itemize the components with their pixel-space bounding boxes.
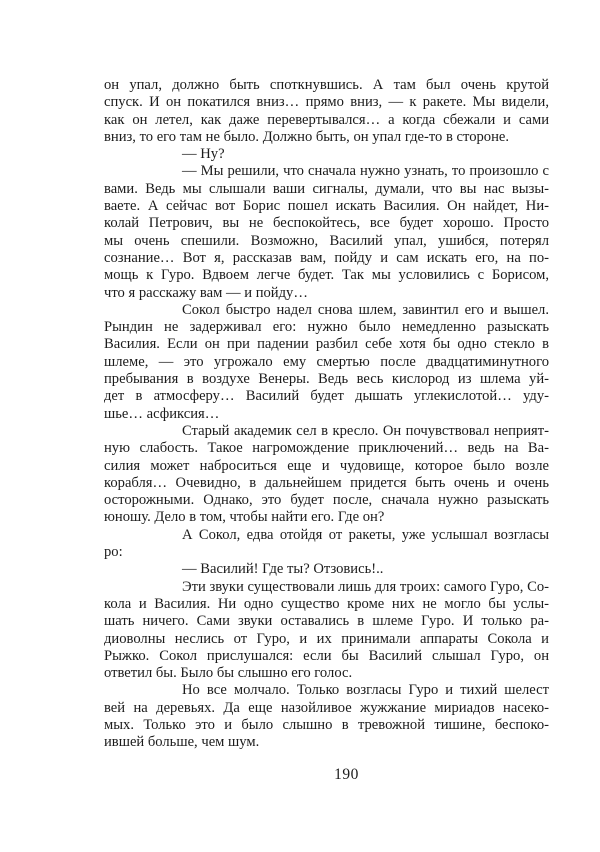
text-line: кола и Василия. Ни одно существо кроме н… — [104, 596, 549, 613]
text-line: Старый академик сел в кресло. Он почувст… — [104, 423, 549, 440]
text-line: Рыжко. Сокол прислушался: если бы Васили… — [104, 648, 549, 665]
text-line: ро: — [104, 544, 549, 561]
text-line: вами. Ведь мы слышали ваши сигналы, дума… — [104, 181, 549, 198]
text-line: — Ну? — [104, 146, 549, 163]
text-line: шлеме, — это угрожало ему смертью после … — [104, 354, 549, 371]
text-line: ваете. А сейчас вот Борис пошел искать В… — [104, 198, 549, 215]
text-line: ившей больше, чем шум. — [104, 734, 549, 751]
text-line: диоволны неслись от Гуро, и их принимали… — [104, 631, 549, 648]
text-line: дет в атмосферу… Василий будет дышать уг… — [104, 388, 549, 405]
text-line: А Сокол, едва отойдя от ракеты, уже услы… — [104, 527, 549, 544]
text-line: спуск. И он покатился вниз… прямо вниз, … — [104, 94, 549, 111]
text-line: Василия. Если он при падении разбил себе… — [104, 336, 549, 353]
text-line: мы очень спешили. Возможно, Василий упал… — [104, 233, 549, 250]
text-line: силия может наброситься еще и чудовище, … — [104, 458, 549, 475]
text-line: корабля… Очевидно, в дальнейшем придется… — [104, 475, 549, 492]
text-line: пребывания в воздухе Венеры. Ведь весь к… — [104, 371, 549, 388]
text-line: ответил бы. Было бы слышно его голос. — [104, 665, 549, 682]
text-line: ную слабость. Такое нагромождение приклю… — [104, 440, 549, 457]
text-line: шать ничего. Сами звуки оставались в шле… — [104, 613, 549, 630]
text-line: колай Петрович, вы не беспокойтесь, все … — [104, 215, 549, 232]
text-line: вей на деревьях. Да еще назойливое жужжа… — [104, 700, 549, 717]
text-line: мых. Только это и было слышно в тревожно… — [104, 717, 549, 734]
text-line: Эти звуки существовали лишь для троих: с… — [104, 579, 549, 596]
book-page: он упал, должно быть споткнувшись. А там… — [0, 0, 600, 852]
text-line: он упал, должно быть споткнувшись. А там… — [104, 77, 549, 94]
text-line: как он летел, как даже перевертывался… а… — [104, 112, 549, 129]
text-line: сознание… Вот я, рассказав вам, пойду и … — [104, 250, 549, 267]
text-line: что я расскажу вам — и пойду… — [104, 285, 549, 302]
text-line: шье… асфиксия… — [104, 406, 549, 423]
text-line: Но все молчало. Только возгласы Гуро и т… — [104, 682, 549, 699]
text-line: осторожными. Однако, это будет после, сн… — [104, 492, 549, 509]
text-line: юношу. Дело в том, чтобы найти его. Где … — [104, 509, 549, 526]
text-line: — Мы решили, что сначала нужно узнать, т… — [104, 163, 549, 180]
text-line: вниз, то его там не было. Должно быть, о… — [104, 129, 549, 146]
page-text: он упал, должно быть споткнувшись. А там… — [104, 77, 549, 752]
text-line: — Василий! Где ты? Отзовись!.. — [104, 561, 549, 578]
text-line: Сокол быстро надел снова шлем, завинтил … — [104, 302, 549, 319]
text-line: мощь к Гуро. Вдвоем легче будет. Так мы … — [104, 267, 549, 284]
text-line: Рындин не задерживал его: нужно было нем… — [104, 319, 549, 336]
page-number: 190 — [124, 766, 569, 784]
